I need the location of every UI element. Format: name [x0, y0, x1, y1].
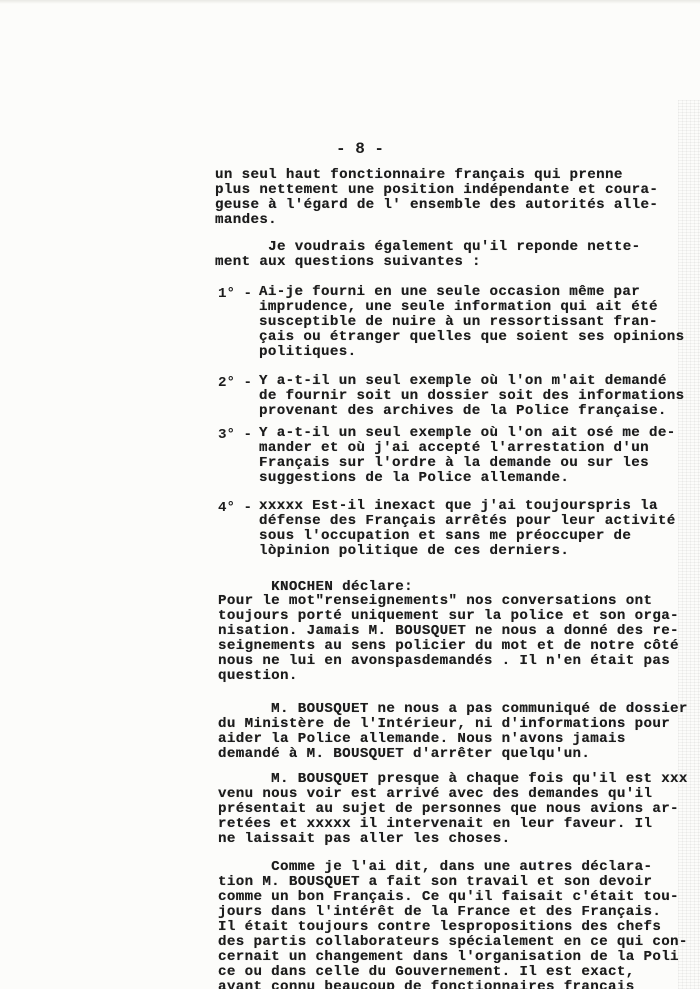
statement-paragraph-2: M. BOUSQUET ne nous a pas communiqué de …: [218, 702, 688, 762]
statement-paragraph-4: Comme je l'ai dit, dans une autres décla…: [218, 860, 688, 989]
question-number: 2° -: [218, 375, 252, 391]
question-number: 1° -: [218, 286, 252, 302]
question-text: xxxxx Est-il inexact que j'ai toujourspr…: [259, 499, 676, 559]
intro-paragraph: un seul haut fonctionnaire français qui …: [215, 168, 658, 228]
scan-edge-noise: [678, 100, 700, 989]
question-number: 4° -: [218, 500, 252, 516]
scanned-typewritten-page: - 8 - un seul haut fonctionnaire françai…: [0, 0, 700, 989]
question-text: Y a-t-il un seul exemple où l'on ait osé…: [259, 426, 676, 486]
request-paragraph: Je voudrais également qu'il reponde nett…: [215, 240, 640, 270]
question-text: Ai-je fourni en une seule occasion même …: [259, 285, 684, 360]
page-number: - 8 -: [336, 140, 384, 158]
knochen-statement: Pour le mot"renseignements" nos conversa…: [218, 594, 679, 684]
scan-top-edge: [0, 0, 700, 4]
statement-paragraph-3: M. BOUSQUET presque à chaque fois qu'il …: [218, 772, 688, 847]
question-text: Y a-t-il un seul exemple où l'on m'ait d…: [259, 374, 684, 419]
question-number: 3° -: [218, 427, 252, 443]
